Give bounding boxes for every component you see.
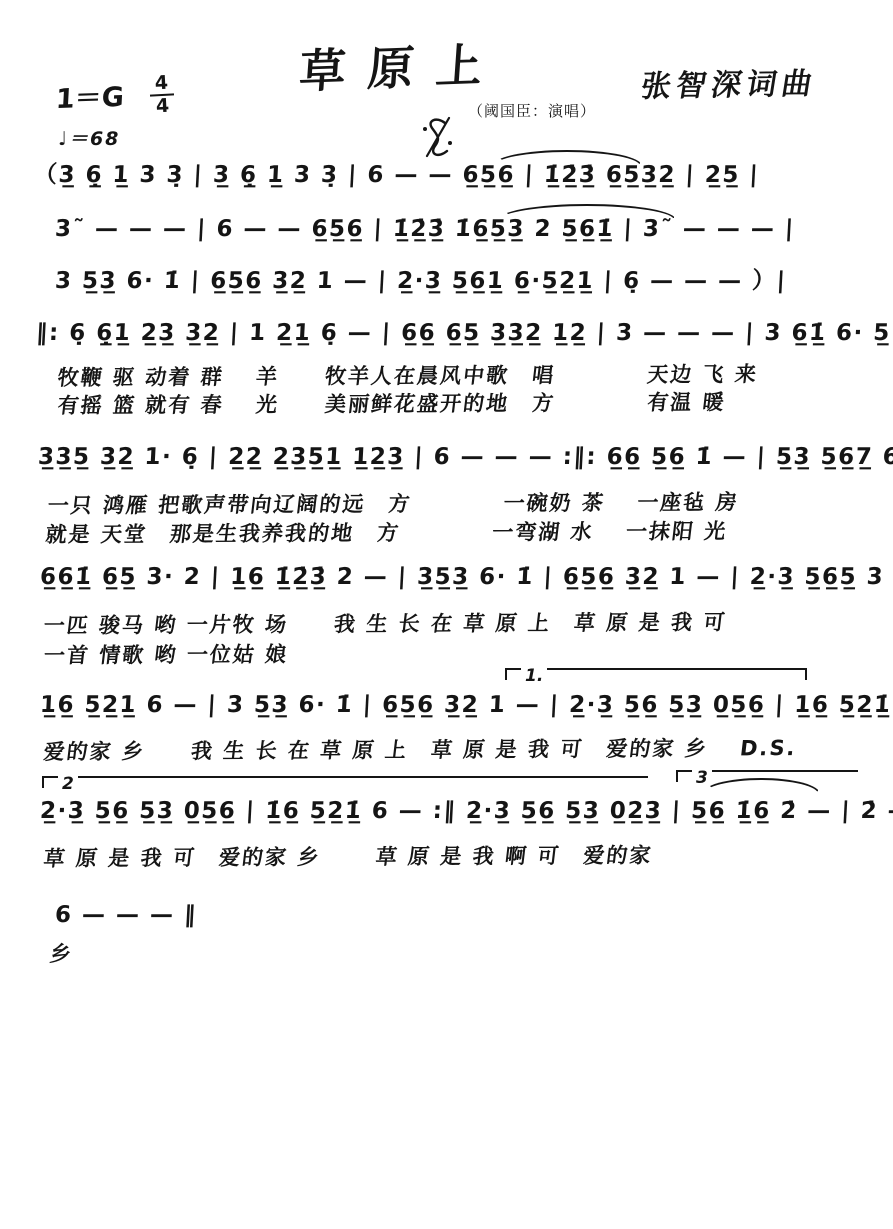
notation-line-2: 3˜ — — — | 6 — — 6̲5̲6̲ | 1̲̇2̲̇3̲̇ 1̇6̲… [54, 214, 795, 244]
notation-line-7: 1̲6̲ 5̲2̲1̲ 6 — | 3 5̲3̲ 6· 1̇ | 6̲5̲6̲ … [39, 690, 893, 720]
page-title: 草原上 [297, 28, 506, 101]
segno-icon [420, 116, 454, 158]
lyric-line-6b: 一首 情歌 哟 一位姑 娘 [42, 638, 290, 669]
lyric-line-9a: 乡 [48, 938, 75, 968]
key-signature: 1＝G [55, 75, 125, 116]
lyric-line-8a: 草 原 是 我 可 爱的家 乡 草 原 是 我 啊 可 爱的家 [42, 839, 654, 872]
notation-line-5: 3̲3̲5̲ 3̲2̲ 1· 6̣ | 2̲2̲ 2̲3̲5̲1̲ 1̲2̲3̲… [37, 442, 893, 472]
notation-line-6: 6̲6̲1̲̇ 6̲5̲ 3· 2 | 1̲6̲ 1̲̇2̲̇3̲̇ 2 — |… [39, 562, 893, 592]
sheet-music-page: 草原上 张智深词曲 1＝G 4 4 ♩＝68 （阈国臣：演唱） （3̲ 6̣̲ … [0, 0, 893, 1229]
time-signature-top: 4 [149, 73, 174, 93]
notation-line-8: 2̲·3̲ 5̲6̲ 5̲3̲ 0̲5̲6̲ | 1̲̇6̲ 5̲2̲1̲̇ 6… [39, 796, 893, 826]
tie-arc [498, 204, 676, 220]
tie-arc [492, 150, 642, 166]
volta-bracket-1: 1. [505, 668, 807, 680]
volta-label-1: 1. [521, 666, 547, 686]
notation-line-4: ‖: 6̣ 6̣̲1̲ 2̲3̲ 3̲2̲ | 1 2̲1̲ 6̣ — | 6̲… [35, 318, 893, 348]
time-signature-bottom: 4 [150, 96, 175, 116]
lyric-line-4b: 有摇 篮 就有 春 光 美丽鲜花盛开的地 方 有温 暖 [56, 386, 728, 419]
tempo-marking: ♩＝68 [58, 124, 120, 151]
notation-line-1: （3̲ 6̣̲ 1̲ 3 3̣ | 3̲ 6̣̲ 1̲ 3 3̣ | 6 — —… [33, 160, 760, 190]
volta-label-2: 2 [58, 774, 78, 794]
lyric-line-6a: 一匹 骏马 哟 一片牧 场 我 生 长 在 草 原 上 草 原 是 我 可 [42, 606, 728, 640]
composer-credit: 张智深词曲 [638, 58, 821, 105]
notation-line-9: 6 — — — ‖ [54, 900, 198, 930]
volta-bracket-2: 2 [42, 776, 648, 788]
lyric-line-7a: 爱的家 乡 我 生 长 在 草 原 上 草 原 是 我 可 爱的家 乡 D.S. [42, 732, 799, 766]
notation-line-3: 3 5̲3̲ 6· 1̇ | 6̲5̲6̲ 3̲2̲ 1 — | 2̲·3̲ 5… [54, 266, 787, 296]
performer-credit: （阈国臣：演唱） [468, 100, 596, 121]
volta-label-3: 3 [692, 768, 712, 788]
time-signature: 4 4 [149, 73, 175, 116]
lyric-line-5b: 就是 天堂 那是生我养我的地 方 一弯湖 水 一抹阳 光 [44, 515, 729, 549]
